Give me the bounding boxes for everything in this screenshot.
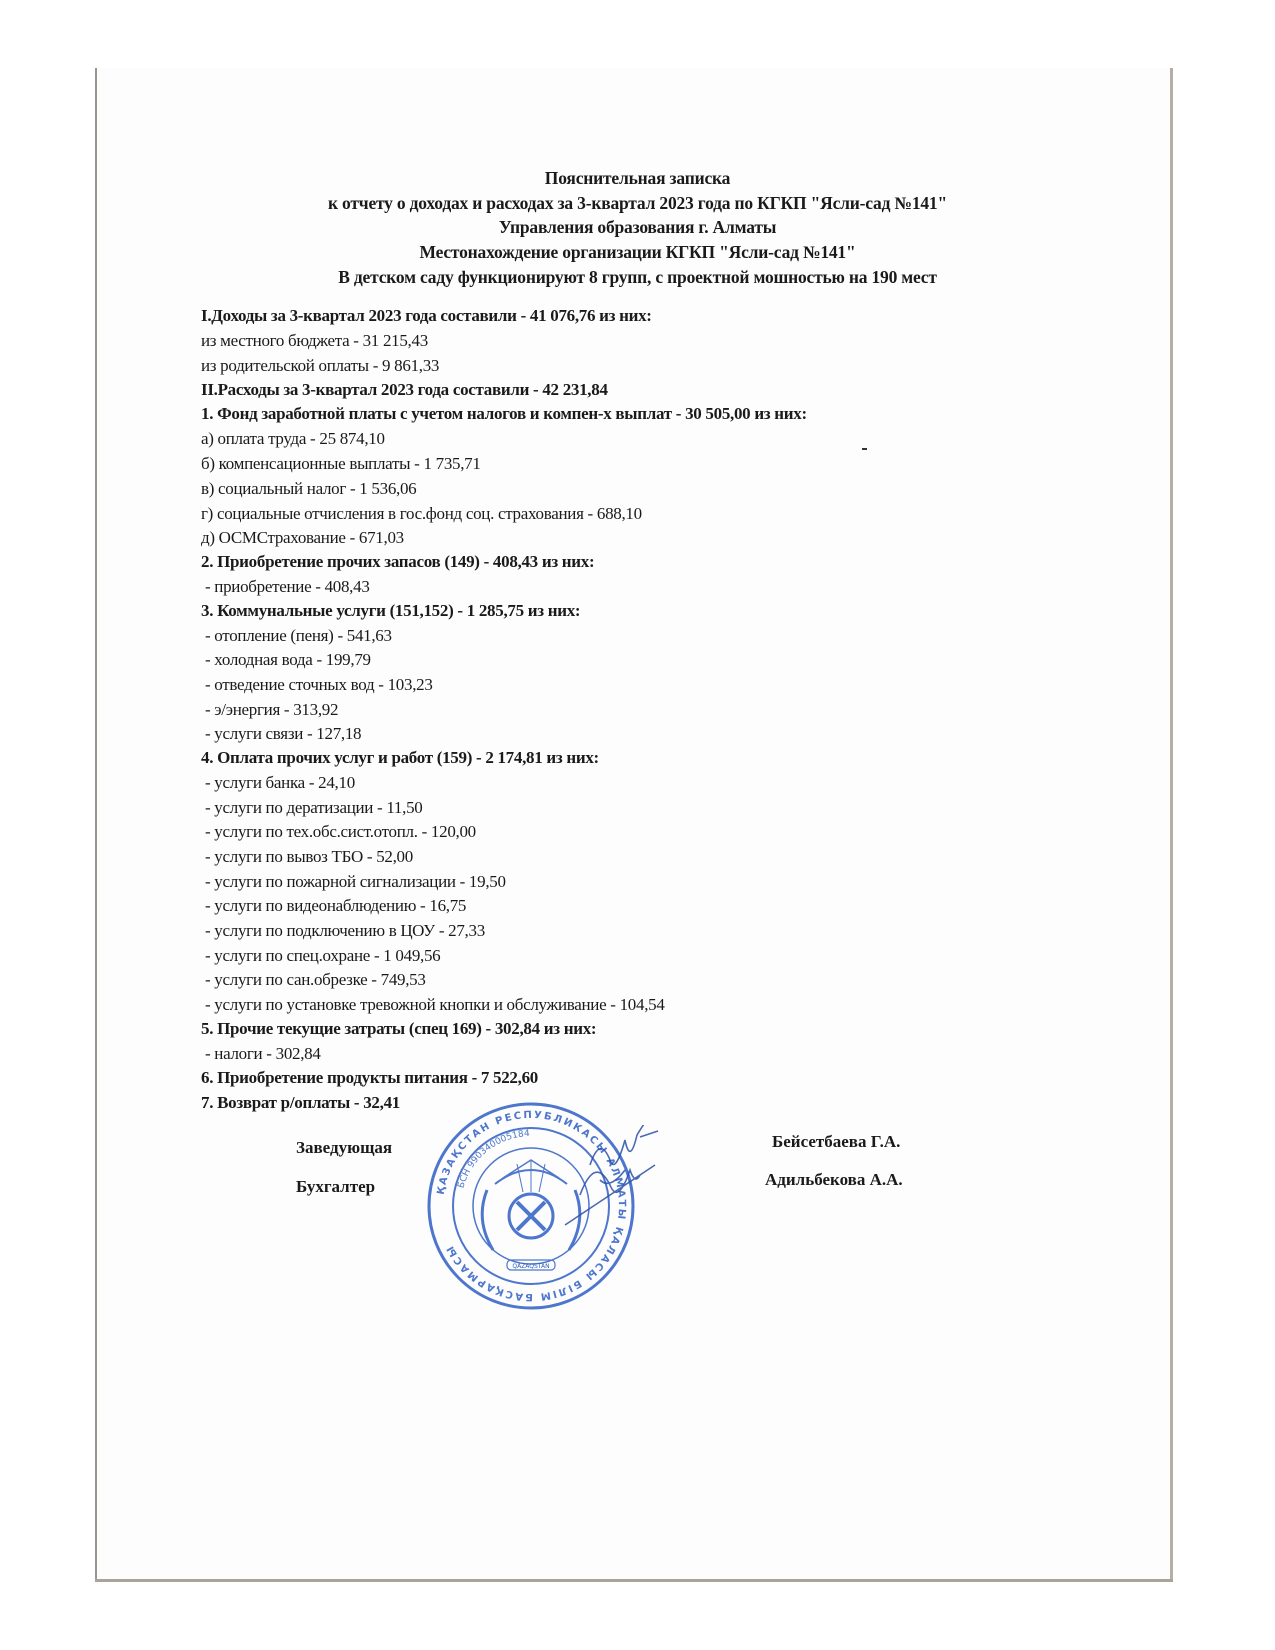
page-edge-bottom bbox=[95, 1579, 1173, 1582]
section-item: - услуги по вывоз ТБО - 52,00 bbox=[205, 847, 413, 867]
location-line: Местонахождение организации КГКП "Ясли-с… bbox=[0, 242, 1275, 263]
section-heading: 5. Прочие текущие затраты (спец 169) - 3… bbox=[201, 1019, 596, 1039]
stray-mark bbox=[862, 448, 867, 450]
income-heading: I.Доходы за 3-квартал 2023 года составил… bbox=[201, 306, 652, 326]
section-item: - услуги по видеонаблюдению - 16,75 bbox=[205, 896, 466, 916]
section-heading: 7. Возврат р/оплаты - 32,41 bbox=[201, 1093, 400, 1113]
department-line: Управления образования г. Алматы bbox=[0, 217, 1275, 238]
section-item: - отопление (пеня) - 541,63 bbox=[205, 626, 392, 646]
section-item: д) ОСМСтрахование - 671,03 bbox=[201, 528, 404, 548]
income-item: из родительской оплаты - 9 861,33 bbox=[201, 356, 439, 376]
section-item: - услуги по спец.охране - 1 049,56 bbox=[205, 946, 440, 966]
section-heading: 4. Оплата прочих услуг и работ (159) - 2… bbox=[201, 748, 599, 768]
section-item: - услуги по дератизации - 11,50 bbox=[205, 798, 422, 818]
document-subtitle: к отчету о доходах и расходах за 3-кварт… bbox=[0, 193, 1275, 214]
accountant-name: Адильбекова А.А. bbox=[765, 1170, 903, 1190]
section-item: - холодная вода - 199,79 bbox=[205, 650, 371, 670]
section-item: в) социальный налог - 1 536,06 bbox=[201, 479, 416, 499]
section-heading: 2. Приобретение прочих запасов (149) - 4… bbox=[201, 552, 594, 572]
section-item: - услуги по установке тревожной кнопки и… bbox=[205, 995, 665, 1015]
section-item: - налоги - 302,84 bbox=[205, 1044, 321, 1064]
section-item: - услуги связи - 127,18 bbox=[205, 724, 361, 744]
section-item: а) оплата труда - 25 874,10 bbox=[201, 429, 385, 449]
capacity-line: В детском саду функционируют 8 групп, с … bbox=[0, 267, 1275, 288]
document-title: Пояснительная записка bbox=[0, 168, 1275, 189]
signature-scribble-icon bbox=[560, 1125, 690, 1235]
section-item: б) компенсационные выплаты - 1 735,71 bbox=[201, 454, 481, 474]
svg-text:QAZAQSTAN: QAZAQSTAN bbox=[512, 1263, 549, 1270]
section-item: - услуги по тех.обс.сист.отопл. - 120,00 bbox=[205, 822, 476, 842]
section-heading: 6. Приобретение продукты питания - 7 522… bbox=[201, 1068, 538, 1088]
section-item: - э/энергия - 313,92 bbox=[205, 700, 338, 720]
expenses-heading: II.Расходы за 3-квартал 2023 года состав… bbox=[201, 380, 608, 400]
income-item: из местного бюджета - 31 215,43 bbox=[201, 331, 428, 351]
section-item: - услуги по сан.обрезке - 749,53 bbox=[205, 970, 426, 990]
section-item: - отведение сточных вод - 103,23 bbox=[205, 675, 433, 695]
section-item: - услуги по подключению в ЦОУ - 27,33 bbox=[205, 921, 485, 941]
section-item: - приобретение - 408,43 bbox=[205, 577, 370, 597]
accountant-title: Бухгалтер bbox=[296, 1177, 375, 1197]
section-item: г) социальные отчисления в гос.фонд соц.… bbox=[201, 504, 642, 524]
section-item: - услуги по пожарной сигнализации - 19,5… bbox=[205, 872, 506, 892]
head-name: Бейсетбаева Г.А. bbox=[772, 1132, 900, 1152]
head-title: Заведующая bbox=[296, 1138, 392, 1158]
page-edge-right bbox=[1170, 68, 1173, 1582]
section-heading: 3. Коммунальные услуги (151,152) - 1 285… bbox=[201, 601, 580, 621]
section-heading: 1. Фонд заработной платы с учетом налого… bbox=[201, 404, 807, 424]
section-item: - услуги банка - 24,10 bbox=[205, 773, 355, 793]
